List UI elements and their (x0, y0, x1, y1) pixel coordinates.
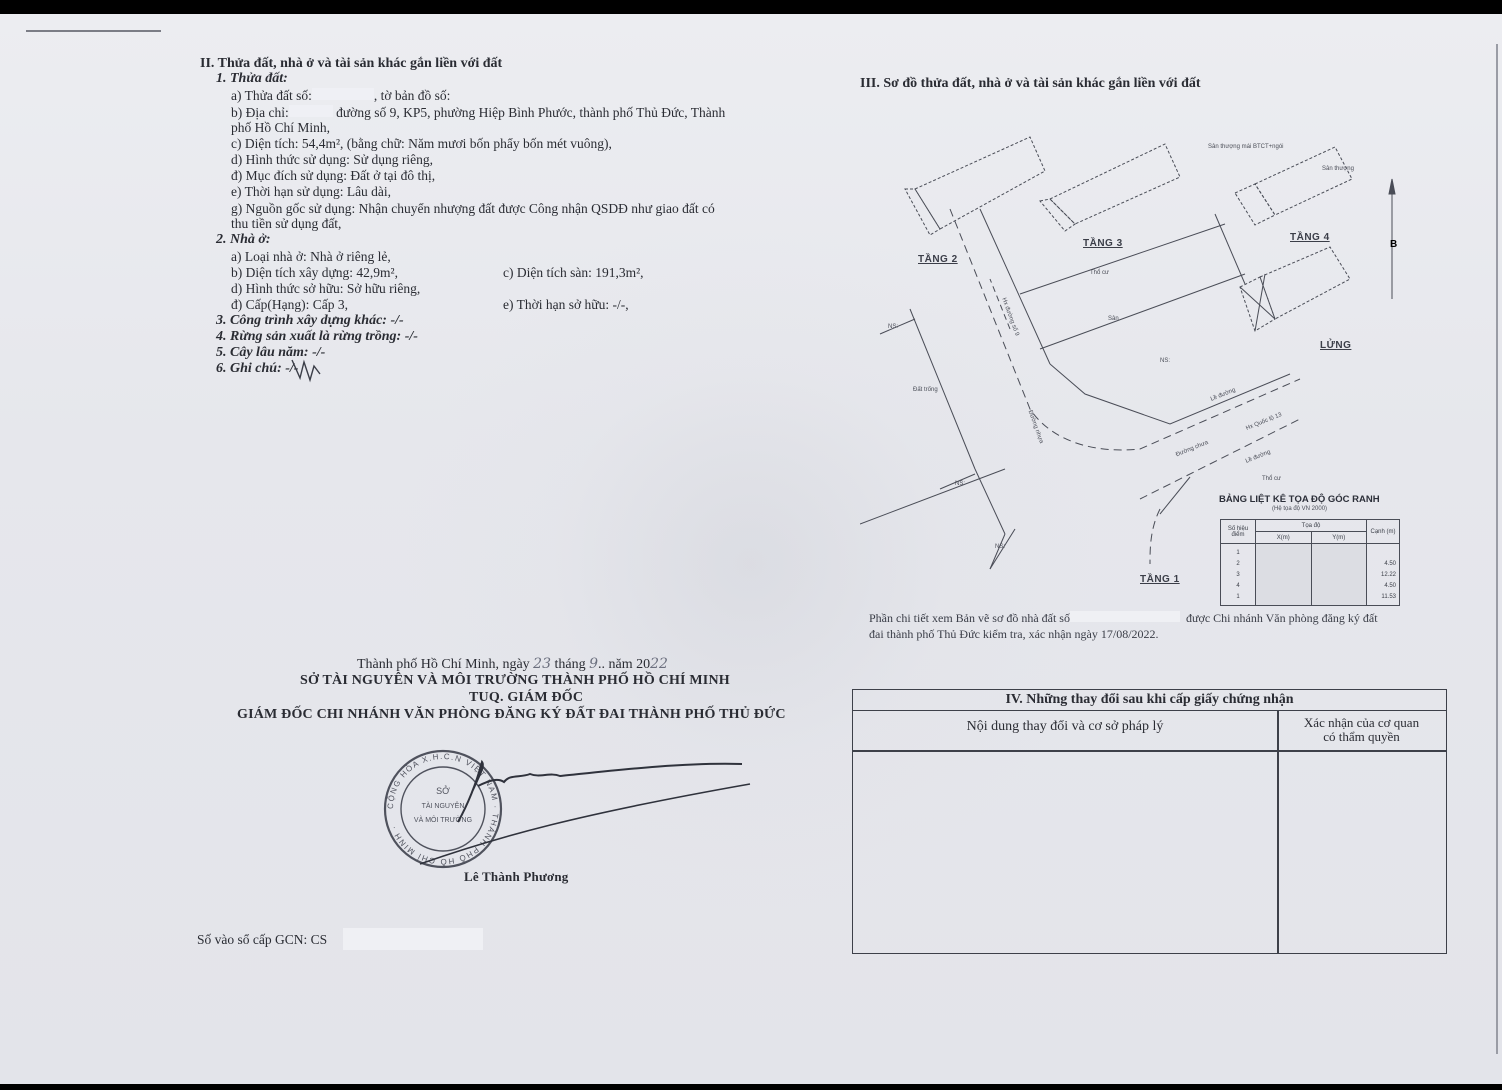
issue-year-suffix: 22 (650, 656, 668, 672)
initial-scribble-icon (290, 354, 324, 384)
house-ownership: d) Hình thức sở hữu: Sở hữu riêng, (231, 281, 420, 297)
sketch-note-ns-3: NS: (995, 544, 1005, 550)
sketch-reference-line2: đai thành phố Thủ Đức kiểm tra, xác nhận… (869, 627, 1159, 642)
year-prefix: .. năm 20 (598, 657, 650, 672)
issuing-authority: SỞ TÀI NGUYÊN VÀ MÔI TRƯỜNG THÀNH PHỐ HỒ… (300, 673, 730, 689)
redacted-house-number (289, 105, 333, 117)
house-floor-area: c) Diện tích sàn: 191,3m², (503, 265, 644, 281)
redacted-parcel-number (312, 88, 374, 100)
col-y: Y(m) (1311, 532, 1367, 544)
house-build-area: b) Diện tích xây dựng: 42,9m², (231, 265, 398, 281)
registry-number-label: Số vào sổ cấp GCN: CS (197, 932, 327, 948)
land-use-term: e) Thời hạn sử dụng: Lâu dài, (231, 184, 391, 200)
issue-day: 23 (533, 656, 551, 672)
sketch-note-residential: Thổ cư (1090, 270, 1109, 276)
floor-label-tang1: TẦNG 1 (1140, 574, 1180, 585)
notes: 6. Ghi chú: -/- (216, 361, 298, 377)
land-origin: g) Nguồn gốc sử dụng: Nhận chuyển nhượng… (231, 201, 715, 217)
address-label: b) Địa chỉ: (231, 105, 289, 120)
top-rule (26, 30, 161, 32)
land-use-form: d) Hình thức sử dụng: Sử dụng riêng, (231, 152, 433, 168)
address-cont: phố Hồ Chí Minh, (231, 120, 330, 136)
edge-list: 4.50 12.22 4.50 11.53 (1367, 544, 1400, 606)
authorization-line: TUQ. GIÁM ĐỐC (469, 690, 583, 706)
redacted-x-values (1256, 544, 1312, 606)
section4-heading: IV. Những thay đổi sau khi cấp giấy chứn… (853, 690, 1446, 711)
sketch-note-ns-4: NS: (1160, 358, 1170, 364)
sketch-note-terrace: Sân thượng (1322, 166, 1354, 172)
col-point: Số hiệu điểm (1221, 520, 1256, 544)
sketch-note-vacant: Đất trống (913, 387, 938, 393)
land-area: c) Diện tích: 54,4m², (bằng chữ: Năm mươ… (231, 136, 612, 152)
land-use-purpose: đ) Mục đích sử dụng: Đất ở tại đô thị, (231, 168, 435, 184)
redacted-y-values (1311, 544, 1367, 606)
floor-label-lung: LỬNG (1320, 340, 1351, 351)
house-grade: đ) Cấp(Hạng): Cấp 3, (231, 297, 348, 313)
issue-month: 9 (589, 656, 598, 672)
house-heading: 2. Nhà ở: (216, 232, 271, 248)
house-type: a) Loại nhà ở: Nhà ở riêng lẻ, (231, 249, 391, 265)
sketch-reference-line1: Phần chi tiết xem Bản vẽ sơ đồ nhà đất s… (869, 611, 1378, 626)
reference-suffix: được Chi nhánh Văn phòng đăng ký đất (1186, 611, 1378, 625)
other-construction: 3. Công trình xây dựng khác: -/- (216, 313, 404, 329)
planted-forest: 4. Rừng sản xuất là rừng trồng: -/- (216, 329, 418, 345)
authority-line2: có thẩm quyền (1277, 730, 1446, 744)
header-divider (853, 750, 1446, 752)
month-prefix: tháng (554, 657, 585, 672)
reference-prefix: Phần chi tiết xem Bản vẽ sơ đồ nhà đất s… (869, 611, 1070, 625)
section3-heading: III. Sơ đồ thửa đất, nhà ở và tài sản kh… (860, 76, 1201, 92)
floor-label-tang2: TẦNG 2 (918, 254, 958, 265)
signer-title: GIÁM ĐỐC CHI NHÁNH VĂN PHÒNG ĐĂNG KÝ ĐẤT… (237, 707, 786, 723)
sketch-note-roof-terrace: Sân thượng mái BTCT+ngói (1208, 144, 1284, 150)
sketch-note-residential-2: Thổ cư (1262, 476, 1281, 482)
svg-text:TÀI NGUYÊN: TÀI NGUYÊN (422, 801, 465, 810)
sketch-note-ns-2: NS: (955, 481, 965, 487)
svg-text:VÀ MÔI TRƯỜNG: VÀ MÔI TRƯỜNG (414, 815, 472, 824)
sketch-note-ns: NS: (888, 324, 898, 330)
column-divider (1277, 711, 1279, 953)
col-change-content: Nội dung thay đổi và cơ sở pháp lý (853, 711, 1277, 749)
changes-table: IV. Những thay đổi sau khi cấp giấy chứn… (852, 689, 1447, 954)
section2-heading: II. Thửa đất, nhà ở và tài sản khác gắn … (200, 56, 502, 72)
address-value: đường số 9, KP5, phường Hiệp Bình Phước,… (336, 105, 725, 120)
col-coords: Tọa độ (1256, 520, 1367, 532)
svg-text:B: B (1390, 239, 1397, 250)
land-heading: 1. Thửa đất: (216, 71, 288, 87)
parcel-number-label: a) Thửa đất số: (231, 88, 312, 103)
house-ownership-term: e) Thời hạn sở hữu: -/-, (503, 297, 629, 313)
land-parcel-line: a) Thửa đất số:, tờ bản đồ số: (231, 88, 450, 104)
date-prefix: Thành phố Hồ Chí Minh, ngày (357, 657, 530, 672)
signer-name: Lê Thành Phương (464, 869, 568, 885)
floor-label-tang3: TẦNG 3 (1083, 238, 1123, 249)
official-stamp-and-signature: CỘNG HÒA X.H.C.N VIỆT NAM · THÀNH PHỐ HỒ… (380, 744, 760, 874)
floor-label-tang4: TẦNG 4 (1290, 232, 1330, 243)
coord-table-subtitle: (Hệ tọa độ VN 2000) (1272, 506, 1327, 512)
land-origin-cont: thu tiền sử dụng đất, (231, 216, 341, 232)
page-edge (1496, 44, 1498, 1054)
issue-date: Thành phố Hồ Chí Minh, ngày 23 tháng 9..… (357, 656, 668, 673)
redacted-registry-number (343, 928, 483, 950)
coord-table: Số hiệu điểm Tọa độ Cạnh (m) X(m) Y(m) 1… (1220, 519, 1400, 606)
col-authority-confirmation: Xác nhận của cơ quan có thẩm quyền (1277, 711, 1446, 754)
col-x: X(m) (1256, 532, 1312, 544)
svg-text:SỞ: SỞ (436, 785, 450, 796)
point-list: 1 2 3 4 1 (1221, 544, 1256, 606)
authority-line1: Xác nhận của cơ quan (1277, 716, 1446, 730)
redacted-drawing-number (1070, 611, 1180, 622)
address-line: b) Địa chỉ: đường số 9, KP5, phường Hiệp… (231, 105, 725, 121)
certificate-page: II. Thửa đất, nhà ở và tài sản khác gắn … (0, 14, 1502, 1084)
sketch-note-yard: Sân (1108, 316, 1119, 322)
col-edge: Cạnh (m) (1367, 520, 1400, 544)
coord-table-title: BẢNG LIỆT KÊ TỌA ĐỘ GÓC RANH (1219, 494, 1380, 505)
map-sheet-label: , tờ bản đồ số: (374, 88, 451, 103)
